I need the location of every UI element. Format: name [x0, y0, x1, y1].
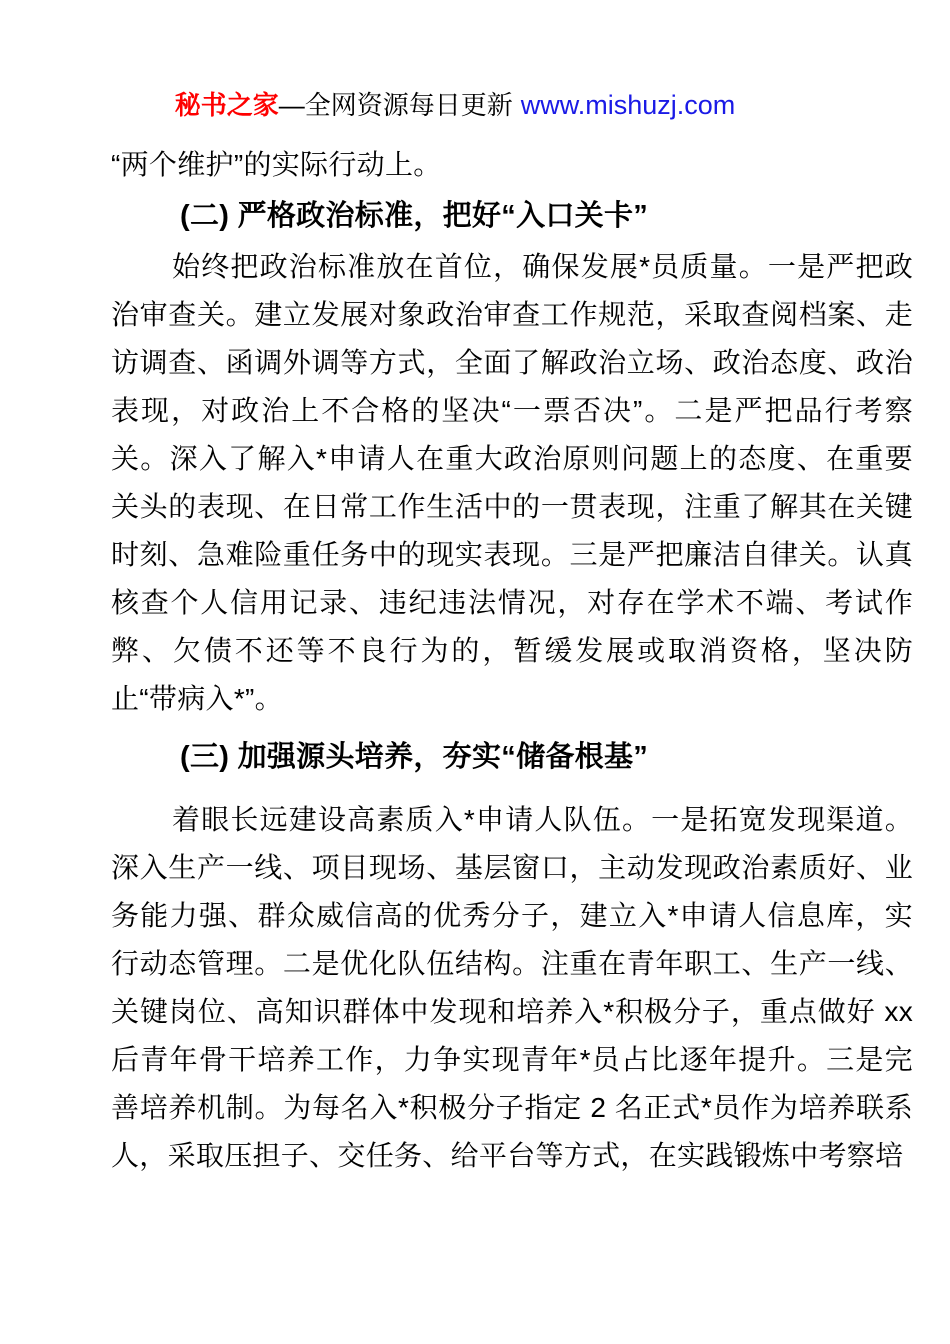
section-heading-3: (三) 加强源头培养，夯实“储备根基” — [111, 733, 913, 781]
section-heading-2: (二) 严格政治标准，把好“入口关卡” — [111, 192, 913, 240]
paragraph-section-3: 着眼长远建设高素质入*申请人队伍。一是拓宽发现渠道。深入生产一线、项目现场、基层… — [111, 796, 913, 1180]
paragraph-section-2: 始终把政治标准放在首位，确保发展*员质量。一是严把政治审查关。建立发展对象政治审… — [111, 243, 913, 723]
site-header: 秘书之家—全网资源每日更新www.mishuzj.com — [0, 86, 950, 124]
header-url-link[interactable]: www.mishuzj.com — [521, 90, 736, 120]
document-body: “两个维护”的实际行动上。 (二) 严格政治标准，把好“入口关卡” 始终把政治标… — [111, 141, 913, 1180]
paragraph-continuation: “两个维护”的实际行动上。 — [111, 141, 913, 189]
header-tagline: —全网资源每日更新 — [279, 90, 513, 120]
site-brand: 秘书之家 — [175, 90, 279, 120]
document-page: 秘书之家—全网资源每日更新www.mishuzj.com “两个维护”的实际行动… — [0, 0, 950, 1344]
